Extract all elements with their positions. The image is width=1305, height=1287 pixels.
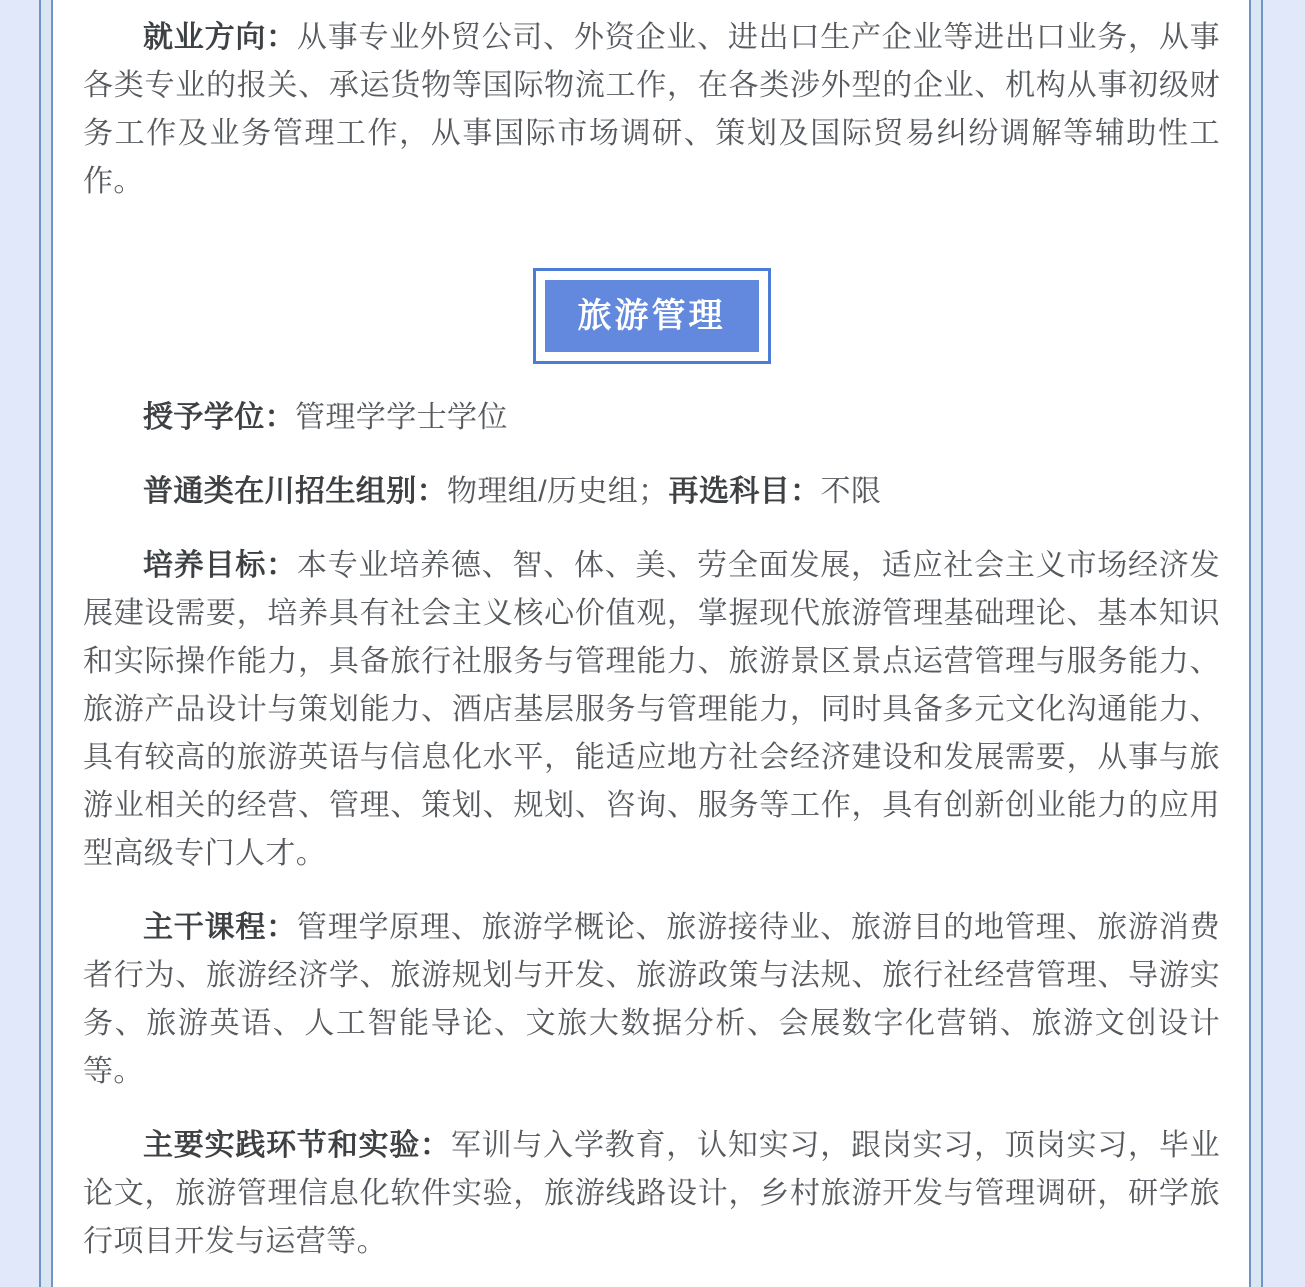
objective-body: 本专业培养德、智、体、美、劳全面发展，适应社会主义市场经济发展建设需要，培养具有…	[83, 549, 1220, 870]
degree-body: 管理学学士学位	[295, 401, 508, 434]
paragraph-enrollment: 普通类在川招生组别：物理组/历史组；再选科目：不限	[83, 468, 1220, 516]
page-background: 就业方向：从事专业外贸公司、外资企业、进出口生产企业等进出口业务，从事各类专业的…	[0, 0, 1305, 1287]
enrollment-group-label: 普通类在川招生组别：	[143, 475, 447, 508]
enrollment-subject-label: 再选科目：	[669, 475, 821, 508]
paragraph-employment: 就业方向：从事专业外贸公司、外资企业、进出口生产企业等进出口业务，从事各类专业的…	[83, 14, 1220, 206]
objective-label: 培养目标：	[143, 549, 297, 582]
panel-frame: 就业方向：从事专业外贸公司、外资企业、进出口生产企业等进出口业务，从事各类专业的…	[39, 0, 1263, 1287]
paragraph-objective: 培养目标：本专业培养德、智、体、美、劳全面发展，适应社会主义市场经济发展建设需要…	[83, 542, 1220, 878]
enrollment-subject-body: 不限	[821, 475, 882, 508]
enrollment-group-body: 物理组/历史组；	[447, 475, 669, 508]
paragraph-courses: 主干课程：管理学原理、旅游学概论、旅游接待业、旅游目的地管理、旅游消费者行为、旅…	[83, 904, 1220, 1096]
employment-label: 就业方向：	[143, 21, 297, 54]
section-badge-row: 旅游管理	[83, 268, 1220, 364]
section-badge-frame: 旅游管理	[533, 268, 771, 364]
practice-label: 主要实践环节和实验：	[143, 1129, 451, 1162]
paragraph-practice: 主要实践环节和实验：军训与入学教育，认知实习，跟岗实习，顶岗实习，毕业论文，旅游…	[83, 1122, 1220, 1266]
content-panel: 就业方向：从事专业外贸公司、外资企业、进出口生产企业等进出口业务，从事各类专业的…	[51, 0, 1251, 1287]
paragraph-degree: 授予学位：管理学学士学位	[83, 394, 1220, 442]
section-badge-title: 旅游管理	[545, 280, 759, 352]
degree-label: 授予学位：	[143, 401, 295, 434]
courses-label: 主干课程：	[143, 911, 297, 944]
